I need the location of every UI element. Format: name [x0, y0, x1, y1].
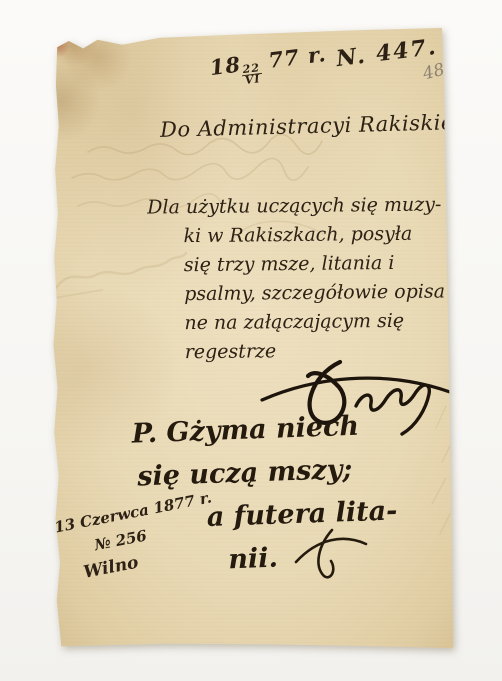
- paper-sheet: 1822VI 77 r. N. 447. 48 Do Administracyi…: [44, 26, 456, 650]
- body-line: Dla użytku uczących się muzy-: [147, 190, 444, 222]
- document-date: 1822VI 77 r.: [208, 41, 329, 90]
- pencil-folio-number: 48: [421, 60, 447, 85]
- date-year-suffix: 77 r.: [267, 41, 328, 73]
- body-paragraph: Dla użytku uczących się muzy- ki w Rakis…: [147, 190, 446, 367]
- date-fraction: 22VI: [241, 63, 263, 86]
- annotation-line: nii.: [228, 537, 279, 582]
- paper-sheet-wrapper: 1822VI 77 r. N. 447. 48 Do Administracyi…: [44, 26, 456, 650]
- date-fraction-month: VI: [242, 73, 263, 86]
- paraph-initial-icon: [292, 526, 370, 582]
- body-line: ki w Rakiszkach, posyła: [183, 219, 444, 251]
- scanned-document-view: 1822VI 77 r. N. 447. 48 Do Administracyi…: [0, 0, 502, 681]
- date-year-prefix: 18: [208, 51, 242, 80]
- annotation-line: P. Gżyma niech: [131, 403, 395, 455]
- body-line: się trzy msze, litania i: [184, 248, 445, 280]
- body-line: psalmy, szczegółowie opisa: [184, 277, 445, 309]
- body-line: ne na załączającym się: [184, 306, 445, 338]
- salutation-line: Do Administracyi Rakiskiej: [160, 110, 461, 142]
